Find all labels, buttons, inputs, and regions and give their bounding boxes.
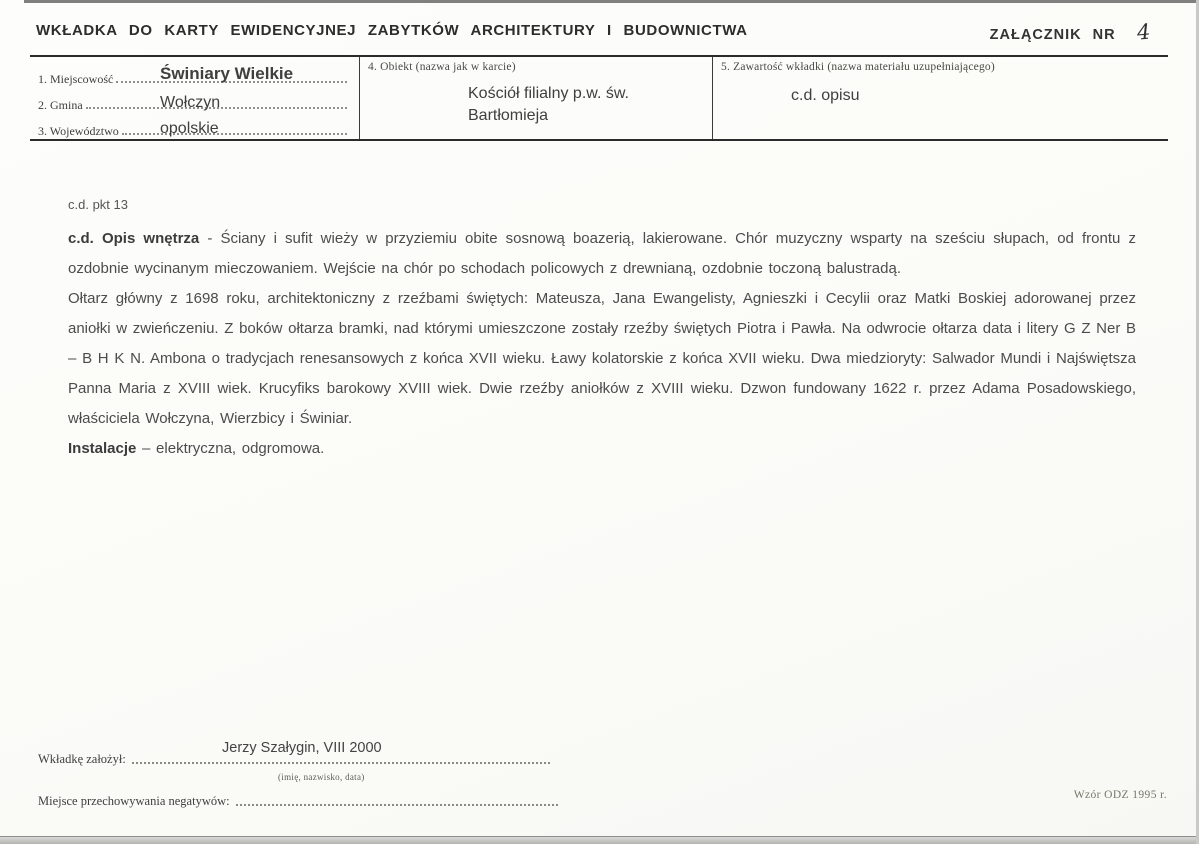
scanned-document-page: WKŁADKA DO KARTY EWIDENCYJNEJ ZABYTKÓW A… xyxy=(0,0,1199,844)
paragraph-interior-description: c.d. Opis wnętrza - Ściany i sufit wieży… xyxy=(68,224,1136,284)
attachment-number-handwritten: 4 xyxy=(1136,19,1152,44)
scan-edge-top xyxy=(24,0,1199,3)
attachment-label: ZAŁĄCZNIK NR xyxy=(990,27,1116,43)
paragraph-installations: Instalacje – elektryczna, odgromowa. xyxy=(68,434,1136,464)
field-miejscowosc-label: 1. Miejscowość xyxy=(38,72,113,89)
description-text: c.d. Opis wnętrza - Ściany i sufit wieży… xyxy=(68,224,1136,464)
field-wojewodztwo: 3. Województwo opolskie xyxy=(38,115,349,141)
paragraph-altar-description: Ołtarz główny z 1698 roku, architektonic… xyxy=(68,284,1136,434)
field-gmina-value: Wołczyn xyxy=(160,94,220,112)
form-column-object: 4. Obiekt (nazwa jak w karcie) Kościół f… xyxy=(360,57,713,139)
paragraph-lead-opis-wnetrza: c.d. Opis wnętrza xyxy=(68,230,199,247)
founder-value: Jerzy Szałygin, VIII 2000 xyxy=(222,740,382,756)
field-miejscowosc-value: Świniary Wielkie xyxy=(160,64,293,84)
document-title: WKŁADKA DO KARTY EWIDENCYJNEJ ZABYTKÓW A… xyxy=(36,22,748,39)
field-gmina-label: 2. Gmina xyxy=(38,98,83,115)
paragraph-lead-instalacje: Instalacje xyxy=(68,440,136,457)
section-reference: c.d. pkt 13 xyxy=(68,197,128,212)
field-obiekt-value-line1: Kościół filialny p.w. św. xyxy=(468,83,704,105)
founder-caption: (imię, nazwisko, data) xyxy=(278,772,365,782)
negatives-label: Miejsce przechowywania negatywów: xyxy=(38,794,230,810)
scan-edge-bottom xyxy=(0,836,1199,844)
field-obiekt-value: Kościół filialny p.w. św. Bartłomieja xyxy=(468,83,704,127)
form-header-table: 1. Miejscowość Świniary Wielkie 2. Gmina… xyxy=(30,55,1168,141)
form-column-contents: 5. Zawartość wkładki (nazwa materiału uz… xyxy=(713,57,1168,139)
field-gmina: 2. Gmina Wołczyn xyxy=(38,89,349,115)
dotted-leader xyxy=(236,804,558,806)
attachment-header: ZAŁĄCZNIK NR 4 xyxy=(990,20,1151,44)
field-obiekt-value-line2: Bartłomieja xyxy=(468,105,704,127)
negatives-field: Miejsce przechowywania negatywów: xyxy=(38,794,558,810)
field-wojewodztwo-label: 3. Województwo xyxy=(38,124,119,141)
field-zawartosc-label: 5. Zawartość wkładki (nazwa materiału uz… xyxy=(721,61,1160,73)
field-zawartosc-value: c.d. opisu xyxy=(791,87,1160,105)
form-column-location: 1. Miejscowość Świniary Wielkie 2. Gmina… xyxy=(30,57,360,139)
field-obiekt-label: 4. Obiekt (nazwa jak w karcie) xyxy=(368,61,704,73)
dotted-leader xyxy=(132,762,550,764)
field-wojewodztwo-value: opolskie xyxy=(160,120,219,138)
dotted-leader xyxy=(122,133,347,135)
field-miejscowosc: 1. Miejscowość Świniary Wielkie xyxy=(38,63,349,89)
form-version-note: Wzór ODZ 1995 r. xyxy=(1074,789,1167,801)
founder-label: Wkładkę założył: xyxy=(38,752,126,768)
